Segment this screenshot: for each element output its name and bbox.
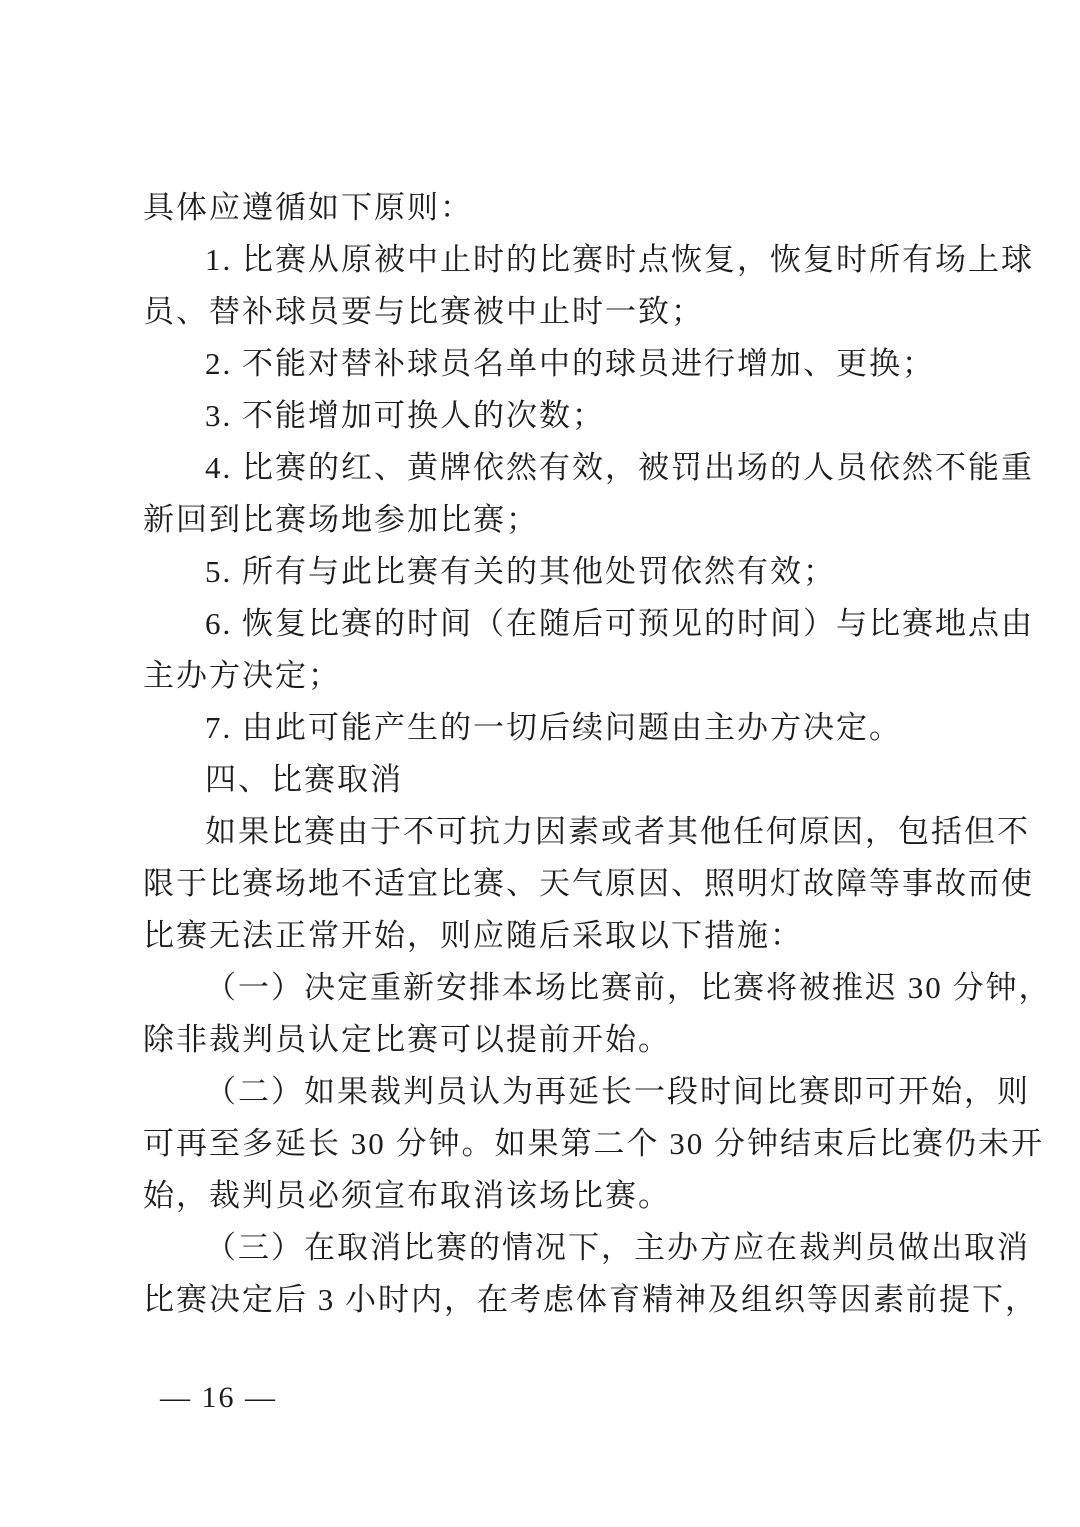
text-line: 限于比赛场地不适宜比赛、天气原因、照明灯故障等事故而使 (143, 858, 958, 910)
text-line: 可再至多延长 30 分钟。如果第二个 30 分钟结束后比赛仍未开 (143, 1118, 958, 1170)
text-line: 6. 恢复比赛的时间（在随后可预见的时间）与比赛地点由 (143, 598, 958, 650)
text-line: 如果比赛由于不可抗力因素或者其他任何原因，包括但不 (143, 806, 958, 858)
text-line: 始，裁判员必须宣布取消该场比赛。 (143, 1170, 958, 1222)
text-line: 4. 比赛的红、黄牌依然有效，被罚出场的人员依然不能重 (143, 442, 958, 494)
text-line: 7. 由此可能产生的一切后续问题由主办方决定。 (143, 702, 958, 754)
text-line: 1. 比赛从原被中止时的比赛时点恢复，恢复时所有场上球 (143, 234, 958, 286)
text-line: （一）决定重新安排本场比赛前，比赛将被推迟 30 分钟， (143, 962, 958, 1014)
text-line: 除非裁判员认定比赛可以提前开始。 (143, 1014, 958, 1066)
text-line: 员、替补球员要与比赛被中止时一致； (143, 286, 958, 338)
text-line: （二）如果裁判员认为再延长一段时间比赛即可开始，则 (143, 1066, 958, 1118)
text-line: 主办方决定； (143, 650, 958, 702)
text-line: 具体应遵循如下原则： (143, 182, 958, 234)
text-line: 新回到比赛场地参加比赛； (143, 494, 958, 546)
document-page: 具体应遵循如下原则：1. 比赛从原被中止时的比赛时点恢复，恢复时所有场上球员、替… (0, 0, 1080, 1527)
text-line: 5. 所有与此比赛有关的其他处罚依然有效； (143, 546, 958, 598)
text-line: 2. 不能对替补球员名单中的球员进行增加、更换； (143, 338, 958, 390)
text-line: （三）在取消比赛的情况下，主办方应在裁判员做出取消 (143, 1222, 958, 1274)
text-line: 四、比赛取消 (143, 754, 958, 806)
text-line: 比赛决定后 3 小时内，在考虑体育精神及组织等因素前提下， (143, 1274, 958, 1326)
text-line: 比赛无法正常开始，则应随后采取以下措施： (143, 910, 958, 962)
text-line: 3. 不能增加可换人的次数； (143, 390, 958, 442)
document-text-block: 具体应遵循如下原则：1. 比赛从原被中止时的比赛时点恢复，恢复时所有场上球员、替… (143, 182, 958, 1326)
page-number: — 16 — (160, 1372, 277, 1424)
